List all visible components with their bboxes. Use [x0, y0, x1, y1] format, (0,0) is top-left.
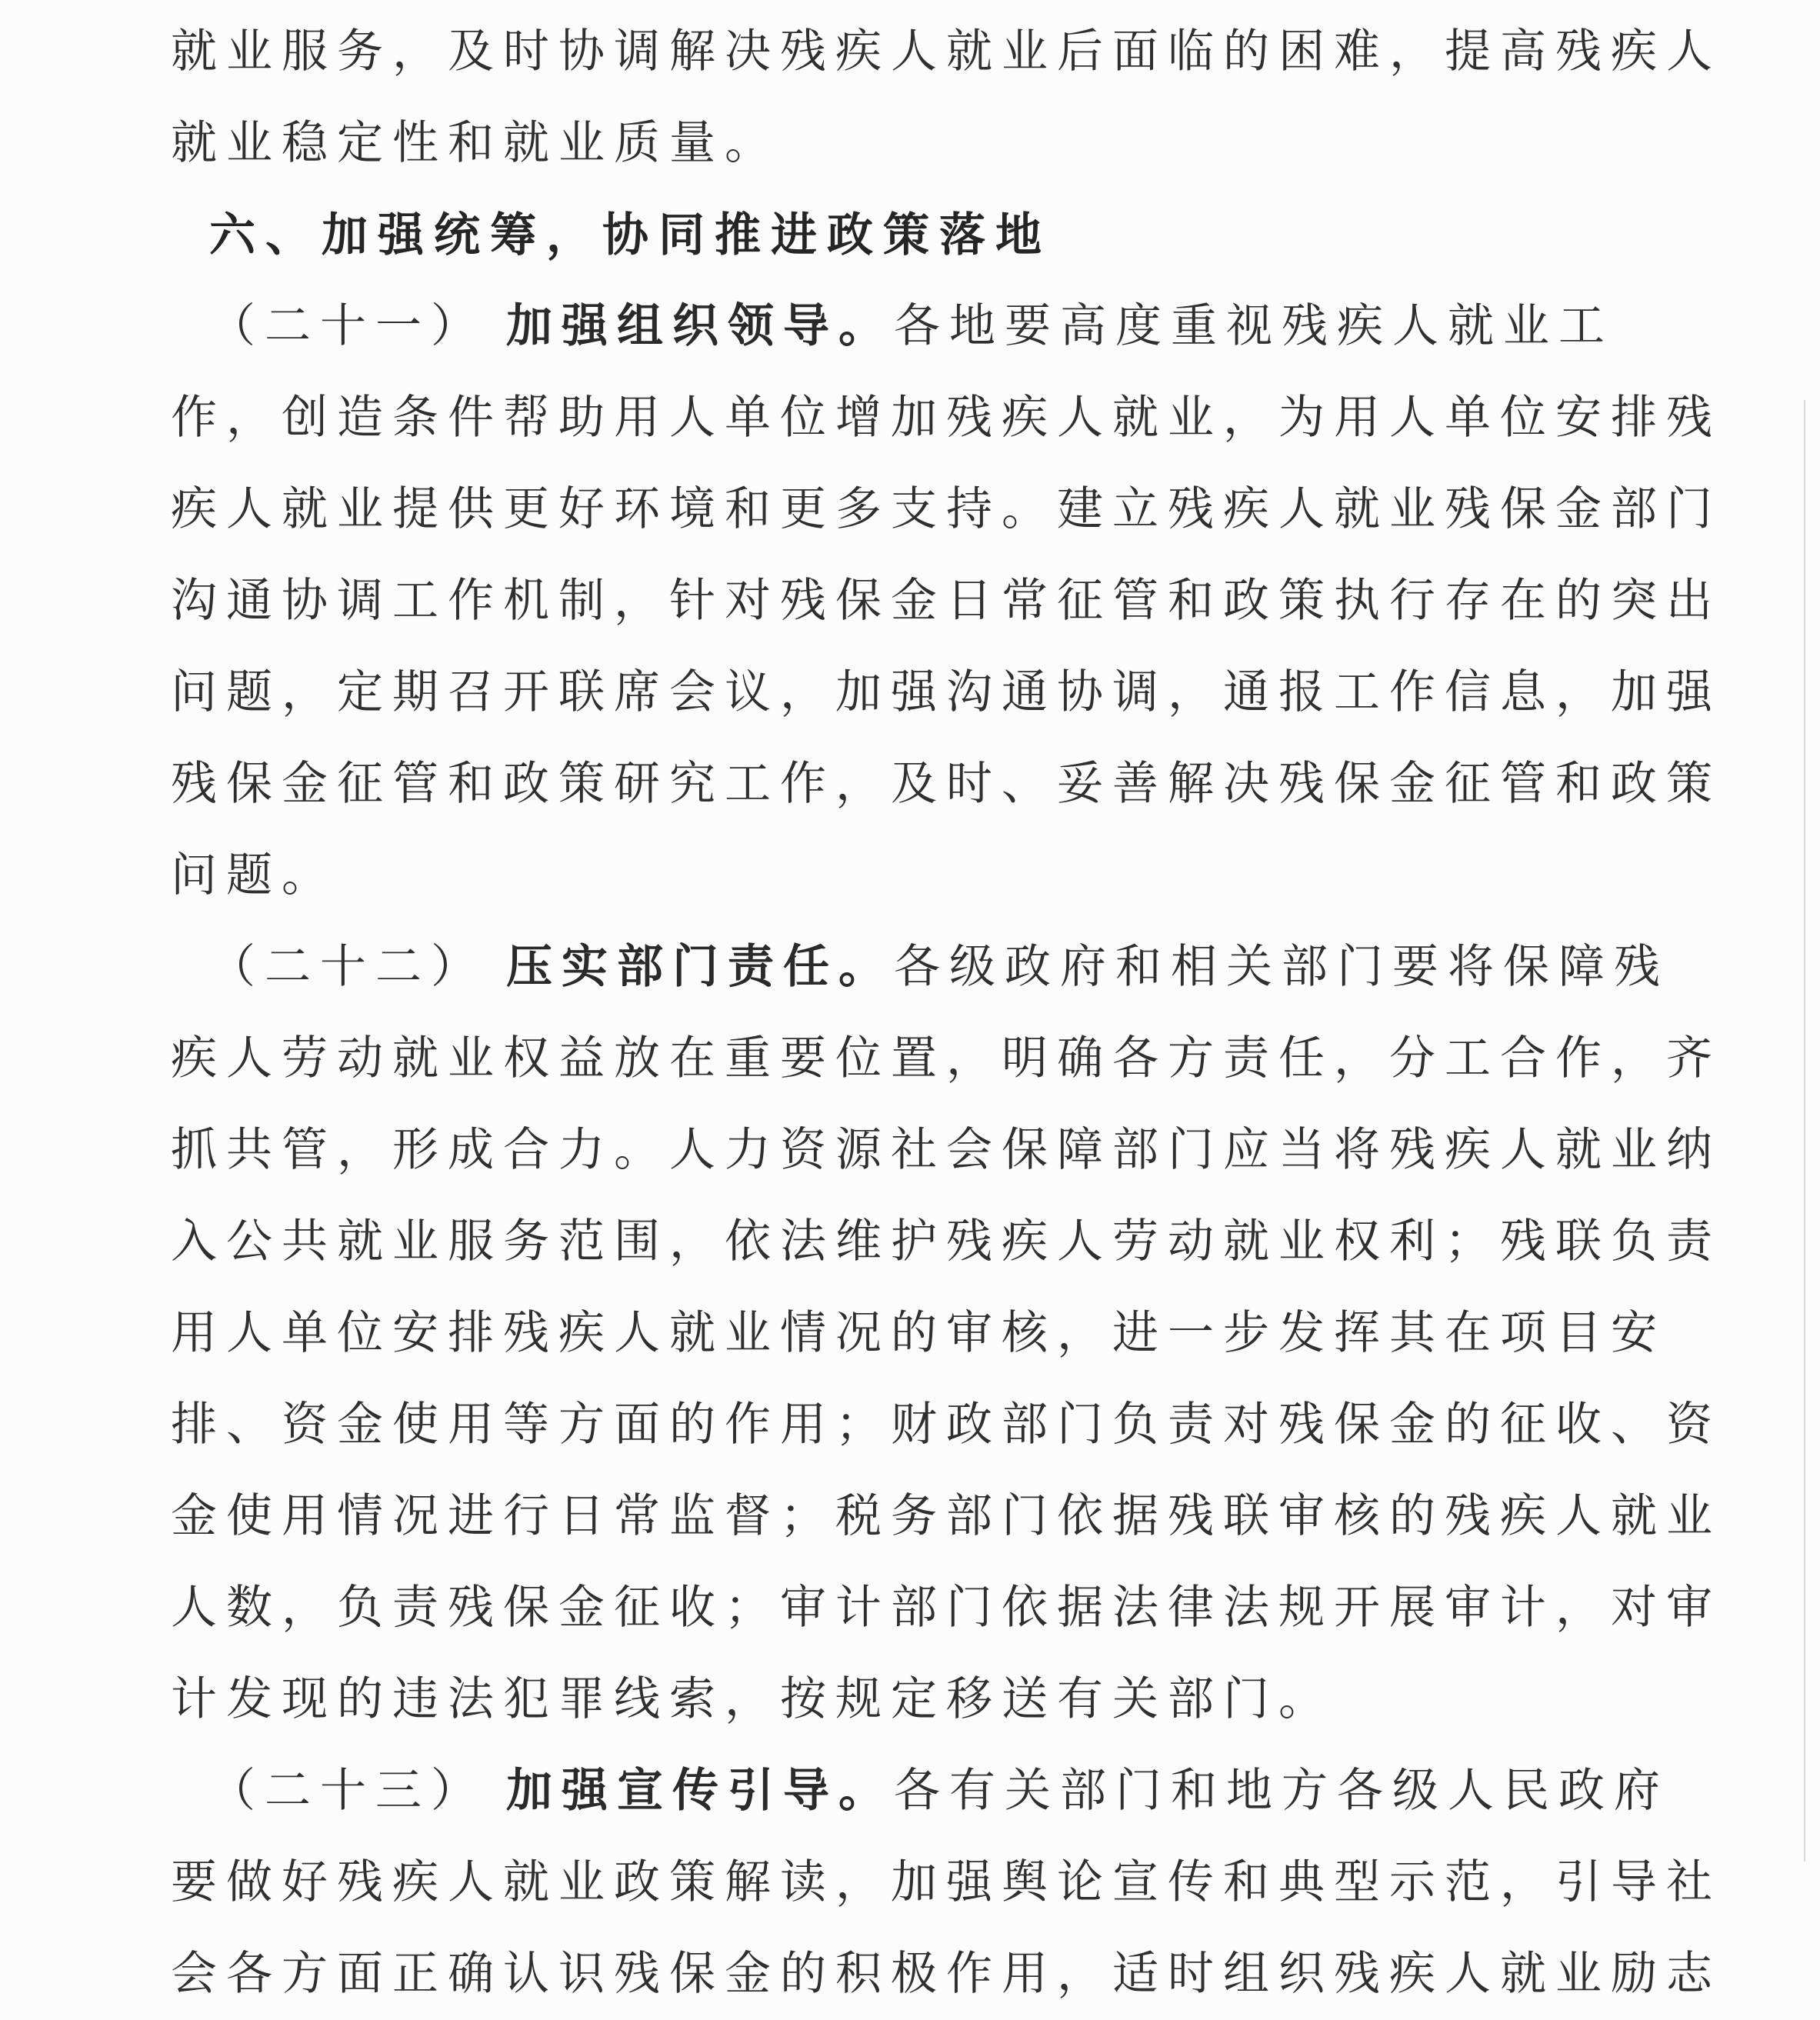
text-line: 问题。	[171, 830, 1767, 922]
text-line: 计发现的违法犯罪线索，按规定移送有关部门。	[171, 1654, 1767, 1745]
text-line: 用人单位安排残疾人就业情况的审核，进一步发挥其在项目安	[171, 1288, 1767, 1379]
text-line: 疾人就业提供更好环境和更多支持。建立残疾人就业残保金部门	[171, 464, 1767, 555]
text-line: 排、资金使用等方面的作用；财政部门负责对残保金的征收、资	[171, 1379, 1767, 1471]
text-line: 会各方面正确认识残保金的积极作用，适时组织残疾人就业励志	[171, 1928, 1767, 2020]
item-title: 加强组织领导。	[506, 301, 894, 352]
item-number: （二十一）	[209, 301, 486, 352]
paragraph-first-line: （二十二）压实部门责任。各级政府和相关部门要将保障残	[171, 922, 1767, 1013]
text-line: 人数，负责残保金征收；审计部门依据法律法规开展审计，对审	[171, 1562, 1767, 1654]
item-number: （二十二）	[209, 942, 486, 992]
text-line: 沟通协调工作机制，针对残保金日常征管和政策执行存在的突出	[171, 555, 1767, 647]
item-text: 各级政府和相关部门要将保障残	[894, 942, 1669, 992]
text-line: 金使用情况进行日常监督；税务部门依据残联审核的残疾人就业	[171, 1471, 1767, 1562]
paragraph-first-line: （二十三）加强宣传引导。各有关部门和地方各级人民政府	[171, 1745, 1767, 1837]
item-text: 各地要高度重视残疾人就业工	[894, 301, 1614, 352]
item-text: 各有关部门和地方各级人民政府	[894, 1765, 1669, 1816]
text-line: 作，创造条件帮助用人单位增加残疾人就业，为用人单位安排残	[171, 372, 1767, 464]
document-text-block: 就业服务，及时协调解决残疾人就业后面临的困难，提高残疾人 就业稳定性和就业质量。…	[171, 6, 1767, 2020]
text-line: 疾人劳动就业权益放在重要位置，明确各方责任，分工合作，齐	[171, 1013, 1767, 1105]
item-title: 加强宣传引导。	[506, 1765, 894, 1816]
text-line: 要做好残疾人就业政策解读，加强舆论宣传和典型示范，引导社	[171, 1837, 1767, 1928]
scan-edge-artifact	[1804, 400, 1805, 1862]
text-line: 就业稳定性和就业质量。	[171, 98, 1767, 189]
paragraph-first-line: （二十一）加强组织领导。各地要高度重视残疾人就业工	[171, 281, 1767, 372]
item-number: （二十三）	[209, 1765, 486, 1816]
document-page: 就业服务，及时协调解决残疾人就业后面临的困难，提高残疾人 就业稳定性和就业质量。…	[0, 0, 1820, 2020]
item-title: 压实部门责任。	[506, 942, 894, 992]
text-line: 抓共管，形成合力。人力资源社会保障部门应当将残疾人就业纳	[171, 1105, 1767, 1196]
text-line: 问题，定期召开联席会议，加强沟通协调，通报工作信息，加强	[171, 647, 1767, 738]
section-heading: 六、加强统筹，协同推进政策落地	[171, 189, 1767, 281]
text-line: 入公共就业服务范围，依法维护残疾人劳动就业权利；残联负责	[171, 1196, 1767, 1288]
text-line: 残保金征管和政策研究工作，及时、妥善解决残保金征管和政策	[171, 738, 1767, 830]
text-line: 就业服务，及时协调解决残疾人就业后面临的困难，提高残疾人	[171, 6, 1767, 98]
